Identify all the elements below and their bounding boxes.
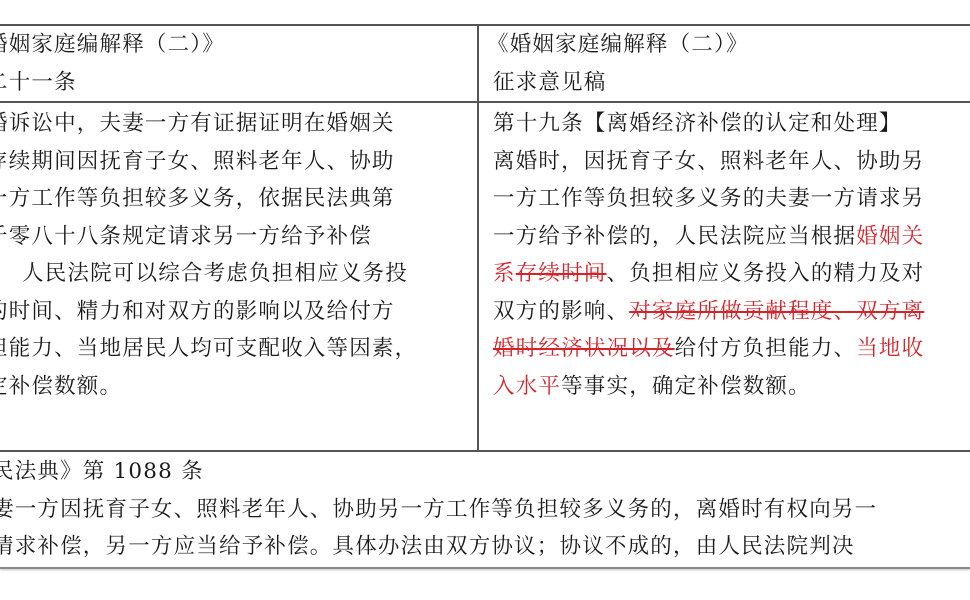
header-right-title: 《婚姻家庭编解释（二）》 [487,26,970,64]
header-left-cell: 婚姻家庭编解释（二）》 二十一条 [0,26,476,101]
header-right-subtitle: 征求意见稿 [487,64,970,102]
body-left-line: 定补偿数额。 [0,368,476,406]
column-divider [477,24,479,452]
body-left-line: 人民法院可以综合考虑负担相应义务投 [0,255,476,293]
inserted-text: 婚姻关 [856,224,924,249]
body-left-cell: 婚诉讼中，夫妻一方有证据证明在婚姻关 存续期间因抚育子女、照料老年人、协助 一方… [0,105,476,405]
header-left-title: 婚姻家庭编解释（二）》 [0,26,476,64]
body-right-line: 婚时经济状况以及给付方负担能力、当地收 [493,330,970,368]
body-right-line: 入水平等事实，确定补偿数额。 [493,368,970,406]
header-divider [0,101,970,103]
body-left-line: 婚诉讼中，夫妻一方有证据证明在婚姻关 [0,105,476,143]
header-left-subtitle: 二十一条 [0,64,476,102]
body-left-line: 存续期间因抚育子女、照料老年人、协助 [0,143,476,181]
body-right-line: 离婚时，因抚育子女、照料老年人、协助另 [493,143,970,181]
body-left-line: 担能力、当地居民人均可支配收入等因素， [0,330,476,368]
header-right-cell: 《婚姻家庭编解释（二）》 征求意见稿 [487,26,970,101]
table-bottom-border [0,567,970,569]
deleted-text: 存续时间 [516,261,607,286]
inserted-text: 入水平 [493,374,561,399]
body-left-line: 一方工作等负担较多义务，依据民法典第 [0,180,476,218]
body-right-line: 一方给予补偿的，人民法院应当根据婚姻关 [493,218,970,256]
body-right-line: 一方工作等负担较多义务的夫妻一方请求另 [493,180,970,218]
civil-code-title: 民法典》第 1088 条 [0,453,970,491]
deleted-text: 对家庭所做贡献程度、双方离 [629,299,924,324]
body-left-line: 千零八十八条规定请求另一方给予补偿 [0,218,476,256]
deleted-text: 婚时经济状况以及 [493,336,675,361]
civil-code-line: 请求补偿，另一方应当给予补偿。具体办法由双方协议；协议不成的，由人民法院判决 [0,528,970,566]
plain-text: 等事实，确定补偿数额。 [561,374,811,399]
civil-code-line: 妻一方因抚育子女、照料老年人、协助另一方工作等负担较多义务的，离婚时有权向另一 [0,491,970,529]
body-right-cell: 第十九条【离婚经济补偿的认定和处理】 离婚时，因抚育子女、照料老年人、协助另 一… [493,105,970,405]
body-right-line: 双方的影响、对家庭所做贡献程度、双方离 [493,293,970,331]
body-divider [0,450,970,452]
article-heading: 第十九条【离婚经济补偿的认定和处理】 [493,105,970,143]
body-left-line: 的时间、精力和对双方的影响以及给付方 [0,293,476,331]
inserted-text: 系 [493,261,516,286]
body-right-line: 系存续时间、负担相应义务投入的精力及对 [493,255,970,293]
plain-text: 双方的影响、 [493,299,629,324]
plain-text: 一方给予补偿的，人民法院应当根据 [493,224,856,249]
inserted-text: 当地收 [856,336,924,361]
civil-code-cell: 民法典》第 1088 条 妻一方因抚育子女、照料老年人、协助另一方工作等负担较多… [0,453,970,566]
plain-text: 、负担相应义务投入的精力及对 [607,261,925,286]
plain-text: 给付方负担能力、 [675,336,857,361]
